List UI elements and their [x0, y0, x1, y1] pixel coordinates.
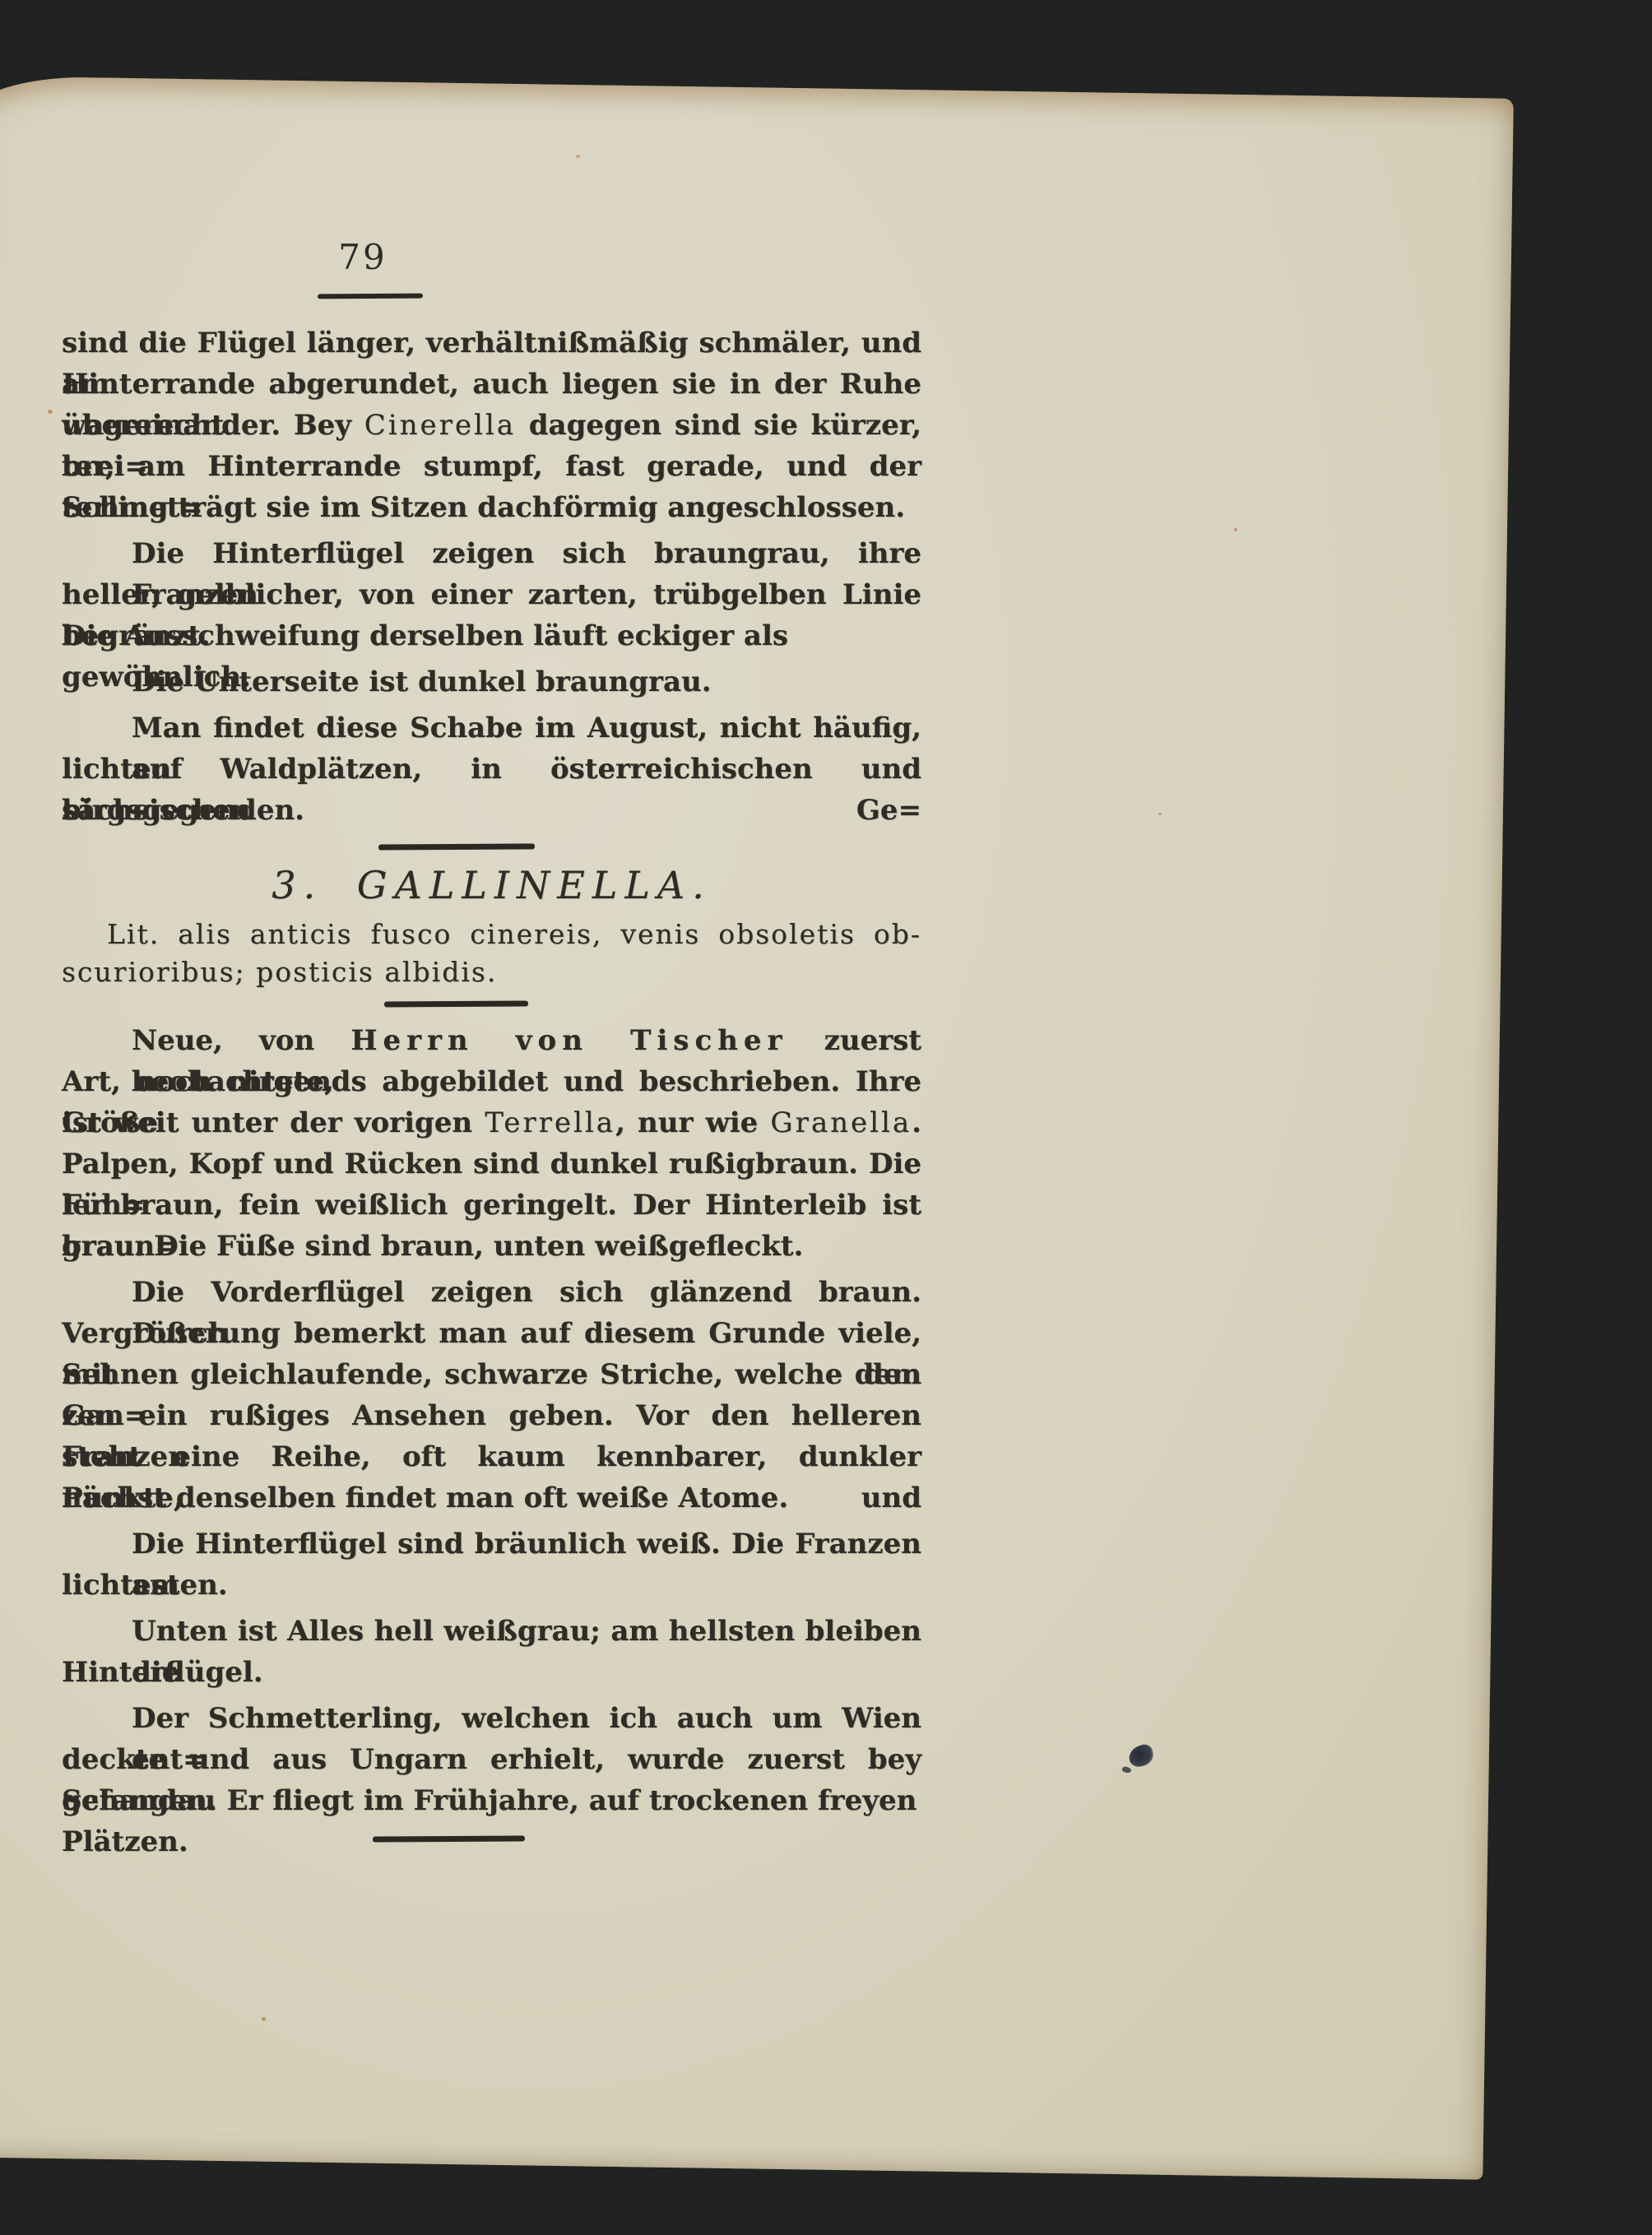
end-divider-rule	[373, 1835, 525, 1842]
text-line: lichtesten.	[62, 1565, 921, 1606]
text-line: scurioribus; posticis albidis.	[62, 953, 921, 991]
text-line: gefangen. Er fliegt im Frühjahre, auf tr…	[62, 1780, 921, 1821]
species-title: GALLINELLA.	[357, 863, 712, 907]
text-line: Neue, von Herrn von Tischer zuerst beoba…	[62, 1020, 921, 1061]
text-segment: .	[912, 1106, 921, 1139]
text-line: Die Vorderflügel zeigen sich glänzend br…	[62, 1272, 921, 1313]
paragraph: Die Vorderflügel zeigen sich glänzend br…	[62, 1272, 921, 1519]
text-line: deckte und aus Ungarn erhielt, wurde zue…	[62, 1739, 921, 1780]
person-name-tischer: Herrn von Tischer	[350, 1024, 787, 1057]
text-line: Die Hinterflügel sind bräunlich weiß. Di…	[62, 1523, 921, 1565]
text-line: ler braun, fein weißlich geringelt. Der …	[62, 1185, 921, 1226]
text-line: Der Schmetterling, welchen ich auch um W…	[62, 1698, 921, 1739]
page-number-rule	[318, 294, 423, 299]
dust-speck	[262, 2017, 266, 2021]
text-line: ter, am Hinterrande stumpf, fast gerade,…	[62, 446, 921, 487]
text-line: ist weit unter der vorigen Terrella, nur…	[62, 1102, 921, 1143]
text-line: terling trägt sie im Sitzen dachförmig a…	[62, 487, 921, 528]
paragraph: Unten ist Alles hell weißgrau; am hellst…	[62, 1611, 921, 1693]
latin-diagnosis: Lit. alis anticis fusco cinereis, venis …	[62, 916, 921, 991]
text-line: Die Hinterflügel zeigen sich braungrau, …	[62, 533, 921, 574]
section-heading: 3. GALLINELLA.	[62, 861, 921, 909]
text-line: Die Unterseite ist dunkel braungrau.	[62, 661, 921, 702]
text-line: lichten Waldplätzen, in österreichischen…	[62, 749, 921, 790]
text-line: Vergrößerung bemerkt man auf diesem Grun…	[62, 1313, 921, 1354]
paragraph: Man findet diese Schabe im August, nicht…	[62, 707, 921, 831]
text-line: sind die Flügel länger, verhältnißmäßig …	[62, 322, 921, 364]
paragraph: Die Hinterflügel zeigen sich braungrau, …	[62, 533, 921, 656]
text-block: sind die Flügel länger, verhältnißmäßig …	[62, 322, 921, 1842]
scanned-book-page: 79 sind die Flügel länger, verhältnißmäß…	[0, 0, 1652, 2235]
text-line: Hinterrande abgerundet, auch liegen sie …	[62, 364, 921, 405]
text-line: zen ein rußiges Ansehen geben. Vor den h…	[62, 1395, 921, 1436]
text-segment: , nur wie	[615, 1106, 770, 1139]
dust-speck	[1158, 813, 1162, 815]
dust-speck	[1234, 528, 1237, 531]
text-line: übereinander. Bey Cinerella dagegen sind…	[62, 405, 921, 446]
text-line: Lit. alis anticis fusco cinereis, venis …	[62, 916, 921, 953]
text-line: heller, gelblicher, von einer zarten, tr…	[62, 574, 921, 615]
text-line: Art, noch nirgends abgebildet und beschr…	[62, 1061, 921, 1102]
text-segment: übereinander. Bey	[62, 409, 364, 442]
species-name-granella: Granella	[770, 1106, 912, 1139]
text-line: steht eine Reihe, oft kaum kennbarer, du…	[62, 1436, 921, 1477]
paragraph: Neue, von Herrn von Tischer zuerst beoba…	[62, 1020, 921, 1267]
text-line: Die Ausschweifung derselben läuft eckige…	[62, 615, 921, 656]
dust-speck	[48, 410, 53, 414]
section-number: 3.	[271, 863, 323, 907]
text-line: Man findet diese Schabe im August, nicht…	[62, 707, 921, 749]
text-line: Hinterflügel.	[62, 1652, 921, 1693]
paragraph: Die Unterseite ist dunkel braungrau.	[62, 661, 921, 702]
paragraph: sind die Flügel länger, verhältnißmäßig …	[62, 322, 921, 528]
text-line: Palpen, Kopf und Rücken sind dunkel rußi…	[62, 1143, 921, 1185]
paragraph: Die Hinterflügel sind bräunlich weiß. Di…	[62, 1523, 921, 1606]
page-number: 79	[281, 237, 445, 277]
text-line: Sehnen gleichlaufende, schwarze Striche,…	[62, 1354, 921, 1395]
paragraph: Der Schmetterling, welchen ich auch um W…	[62, 1698, 921, 1821]
text-segment: ist weit unter der vorigen	[62, 1106, 485, 1139]
species-name-cinerella: Cinerella	[364, 409, 516, 442]
section-divider-rule	[378, 843, 535, 850]
dust-speck	[576, 155, 580, 158]
text-segment: Neue, von	[132, 1024, 350, 1057]
text-line: Unten ist Alles hell weißgrau; am hellst…	[62, 1611, 921, 1652]
text-line: grau. Die Füße sind braun, unten weißgef…	[62, 1226, 921, 1267]
section-divider-rule	[384, 1000, 528, 1007]
species-name-terrella: Terrella	[485, 1106, 615, 1139]
